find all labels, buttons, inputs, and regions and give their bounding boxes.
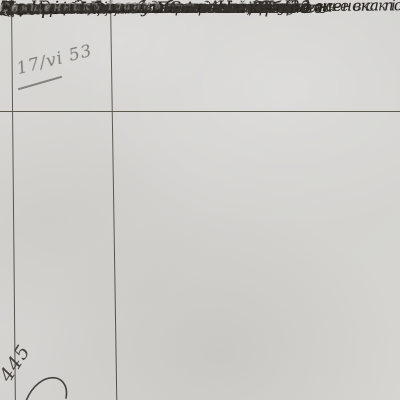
- column-rule-middle: [110, 0, 117, 400]
- flourish-stroke: [22, 368, 74, 400]
- date-underline-stroke: [18, 76, 63, 91]
- pencil-date-annotation: 17/vi 53: [15, 43, 94, 78]
- register-page-scan: ч. Иларіонъ. 17/vi 53 ь. Никита. Ѳеодосі…: [0, 0, 400, 400]
- clerk-signature-line: Псаломщикъ Антоній: [0, 0, 272, 16]
- row-divider-rule: [0, 111, 400, 112]
